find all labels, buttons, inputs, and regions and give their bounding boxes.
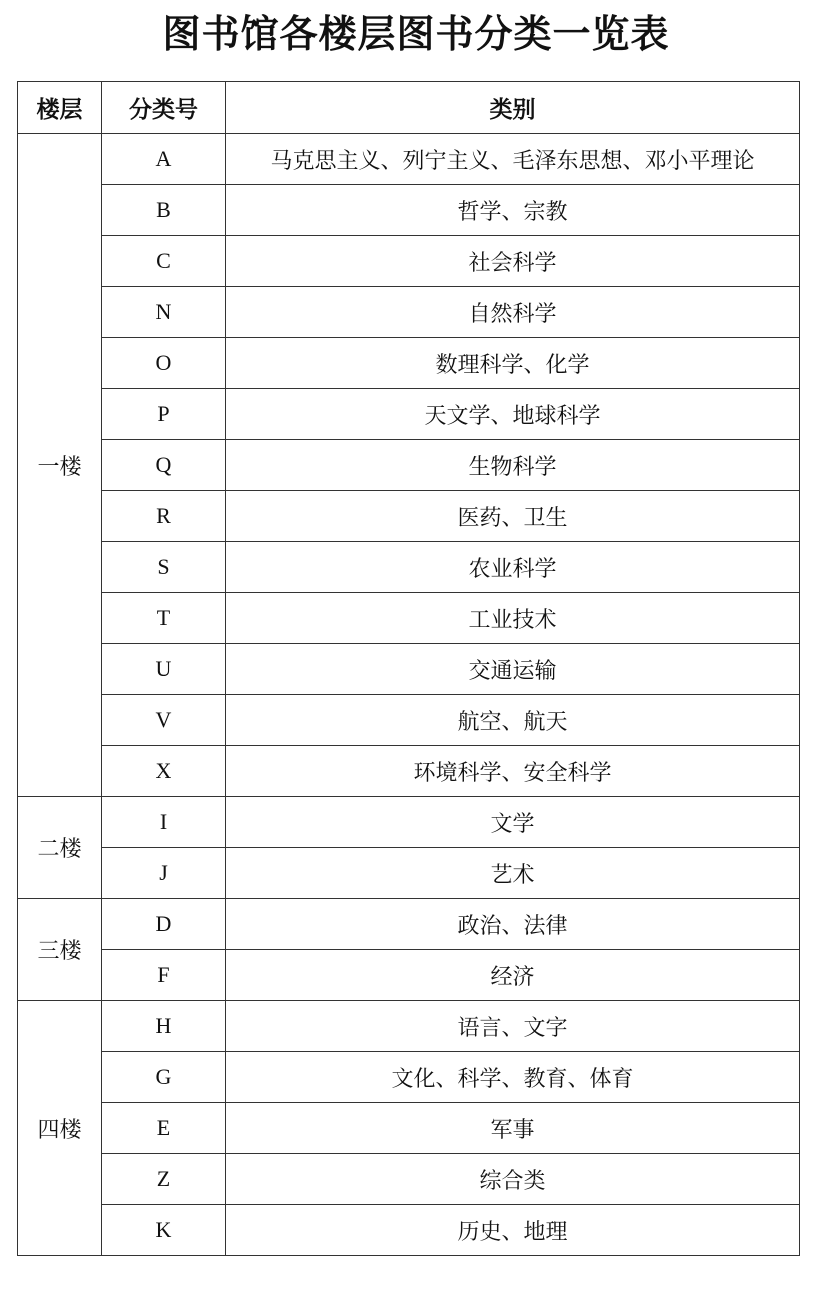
table-row: E军事 (18, 1103, 800, 1154)
table-row: K历史、地理 (18, 1205, 800, 1256)
code-cell: I (102, 797, 226, 848)
category-cell: 军事 (226, 1103, 800, 1154)
header-row: 楼层 分类号 类别 (18, 82, 800, 134)
table-row: Z综合类 (18, 1154, 800, 1205)
code-cell: G (102, 1052, 226, 1103)
floor-cell: 一楼 (18, 134, 102, 797)
floor-classification-table: 楼层 分类号 类别 一楼A马克思主义、列宁主义、毛泽东思想、邓小平理论B哲学、宗… (17, 81, 800, 1256)
floor-cell: 四楼 (18, 1001, 102, 1256)
code-cell: X (102, 746, 226, 797)
table-row: R医药、卫生 (18, 491, 800, 542)
table-row: B哲学、宗教 (18, 185, 800, 236)
code-cell: F (102, 950, 226, 1001)
table-row: S农业科学 (18, 542, 800, 593)
code-cell: K (102, 1205, 226, 1256)
code-cell: D (102, 899, 226, 950)
category-cell: 医药、卫生 (226, 491, 800, 542)
code-cell: N (102, 287, 226, 338)
code-cell: P (102, 389, 226, 440)
code-cell: O (102, 338, 226, 389)
code-cell: T (102, 593, 226, 644)
category-cell: 农业科学 (226, 542, 800, 593)
table-row: 三楼D政治、法律 (18, 899, 800, 950)
category-cell: 数理科学、化学 (226, 338, 800, 389)
category-cell: 生物科学 (226, 440, 800, 491)
header-code: 分类号 (102, 82, 226, 134)
code-cell: U (102, 644, 226, 695)
table-row: J艺术 (18, 848, 800, 899)
table-row: G文化、科学、教育、体育 (18, 1052, 800, 1103)
table-row: O数理科学、化学 (18, 338, 800, 389)
category-cell: 经济 (226, 950, 800, 1001)
category-cell: 文学 (226, 797, 800, 848)
code-cell: H (102, 1001, 226, 1052)
category-cell: 环境科学、安全科学 (226, 746, 800, 797)
category-cell: 文化、科学、教育、体育 (226, 1052, 800, 1103)
code-cell: V (102, 695, 226, 746)
category-cell: 马克思主义、列宁主义、毛泽东思想、邓小平理论 (226, 134, 800, 185)
category-cell: 历史、地理 (226, 1205, 800, 1256)
table-row: Q生物科学 (18, 440, 800, 491)
header-floor: 楼层 (18, 82, 102, 134)
table-row: P天文学、地球科学 (18, 389, 800, 440)
code-cell: A (102, 134, 226, 185)
table-row: V航空、航天 (18, 695, 800, 746)
table-row: C社会科学 (18, 236, 800, 287)
category-cell: 社会科学 (226, 236, 800, 287)
table-row: 一楼A马克思主义、列宁主义、毛泽东思想、邓小平理论 (18, 134, 800, 185)
table-row: X环境科学、安全科学 (18, 746, 800, 797)
code-cell: S (102, 542, 226, 593)
category-cell: 哲学、宗教 (226, 185, 800, 236)
category-cell: 语言、文字 (226, 1001, 800, 1052)
category-cell: 自然科学 (226, 287, 800, 338)
table-row: 四楼H语言、文字 (18, 1001, 800, 1052)
code-cell: B (102, 185, 226, 236)
floor-cell: 二楼 (18, 797, 102, 899)
floor-cell: 三楼 (18, 899, 102, 1001)
category-cell: 航空、航天 (226, 695, 800, 746)
table-row: U交通运输 (18, 644, 800, 695)
category-cell: 艺术 (226, 848, 800, 899)
page-title: 图书馆各楼层图书分类一览表 (0, 8, 832, 60)
code-cell: J (102, 848, 226, 899)
code-cell: Z (102, 1154, 226, 1205)
category-cell: 综合类 (226, 1154, 800, 1205)
code-cell: R (102, 491, 226, 542)
table-row: F经济 (18, 950, 800, 1001)
code-cell: Q (102, 440, 226, 491)
category-cell: 天文学、地球科学 (226, 389, 800, 440)
header-category: 类别 (226, 82, 800, 134)
table-row: T工业技术 (18, 593, 800, 644)
category-cell: 交通运输 (226, 644, 800, 695)
code-cell: E (102, 1103, 226, 1154)
code-cell: C (102, 236, 226, 287)
table-row: N自然科学 (18, 287, 800, 338)
category-cell: 工业技术 (226, 593, 800, 644)
category-cell: 政治、法律 (226, 899, 800, 950)
table-body: 一楼A马克思主义、列宁主义、毛泽东思想、邓小平理论B哲学、宗教C社会科学N自然科… (18, 134, 800, 1256)
table-row: 二楼I文学 (18, 797, 800, 848)
